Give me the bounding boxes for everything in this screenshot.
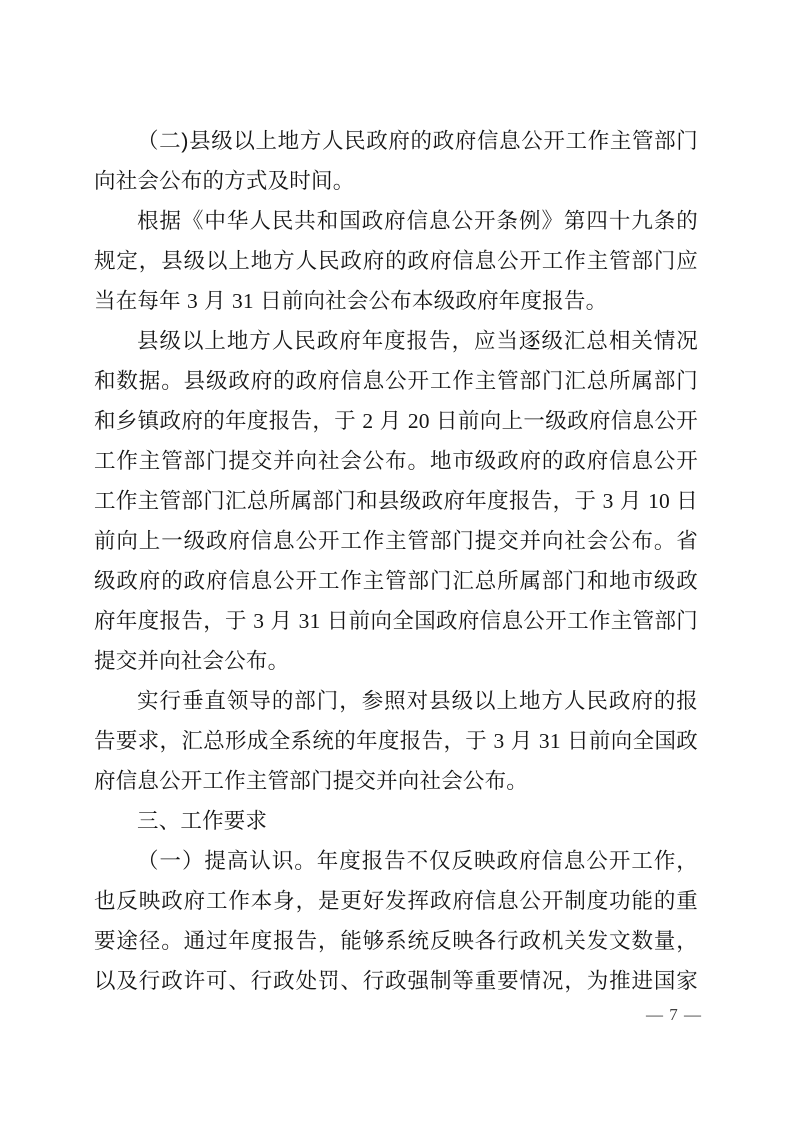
paragraph: 根据《中华人民共和国政府信息公开条例》第四十九条的 规定，县级以上地方人民政府的… bbox=[94, 201, 698, 321]
text-line: 要途径。通过年度报告，能够系统反映各行政机关发文数量， bbox=[94, 921, 698, 961]
text-line: 实行垂直领导的部门，参照对县级以上地方人民政府的报 bbox=[94, 681, 698, 721]
text-line: 告要求，汇总形成全系统的年度报告，于 3 月 31 日前向全国政 bbox=[94, 721, 698, 761]
text-line: 级政府的政府信息公开工作主管部门汇总所属部门和地市级政 bbox=[94, 561, 698, 601]
text-line: 府年度报告，于 3 月 31 日前向全国政府信息公开工作主管部门 bbox=[94, 601, 698, 641]
text-line: 府信息公开工作主管部门提交并向社会公布。 bbox=[94, 761, 698, 801]
text-line: 工作主管部门汇总所属部门和县级政府年度报告，于 3 月 10 日 bbox=[94, 481, 698, 521]
section-heading: 三、工作要求 bbox=[94, 801, 698, 841]
scanned-document-page: （二)县级以上地方人民政府的政府信息公开工作主管部门 向社会公布的方式及时间。 … bbox=[0, 0, 793, 1122]
page-number: — 7 — bbox=[646, 1003, 702, 1027]
paragraph: 县级以上地方人民政府年度报告，应当逐级汇总相关情况 和数据。县级政府的政府信息公… bbox=[94, 321, 698, 681]
document-body: （二)县级以上地方人民政府的政府信息公开工作主管部门 向社会公布的方式及时间。 … bbox=[94, 121, 698, 1001]
text-line: 当在每年 3 月 31 日前向社会公布本级政府年度报告。 bbox=[94, 281, 698, 321]
paragraph: （二)县级以上地方人民政府的政府信息公开工作主管部门 向社会公布的方式及时间。 bbox=[94, 121, 698, 201]
text-line: 提交并向社会公布。 bbox=[94, 641, 698, 681]
text-line: 向社会公布的方式及时间。 bbox=[94, 161, 698, 201]
text-line: 工作主管部门提交并向社会公布。地市级政府的政府信息公开 bbox=[94, 441, 698, 481]
text-line: 前向上一级政府信息公开工作主管部门提交并向社会公布。省 bbox=[94, 521, 698, 561]
text-line: 以及行政许可、行政处罚、行政强制等重要情况，为推进国家 bbox=[94, 961, 698, 1001]
text-line: 和数据。县级政府的政府信息公开工作主管部门汇总所属部门 bbox=[94, 361, 698, 401]
text-line: 规定，县级以上地方人民政府的政府信息公开工作主管部门应 bbox=[94, 241, 698, 281]
text-line: 也反映政府工作本身，是更好发挥政府信息公开制度功能的重 bbox=[94, 881, 698, 921]
paragraph: （一）提高认识。年度报告不仅反映政府信息公开工作， 也反映政府工作本身，是更好发… bbox=[94, 841, 698, 1001]
paragraph: 实行垂直领导的部门，参照对县级以上地方人民政府的报 告要求，汇总形成全系统的年度… bbox=[94, 681, 698, 801]
text-line: 和乡镇政府的年度报告，于 2 月 20 日前向上一级政府信息公开 bbox=[94, 401, 698, 441]
text-line: 县级以上地方人民政府年度报告，应当逐级汇总相关情况 bbox=[94, 321, 698, 361]
section-heading-text: 三、工作要求 bbox=[94, 801, 698, 841]
text-line: （二)县级以上地方人民政府的政府信息公开工作主管部门 bbox=[94, 121, 698, 161]
text-line: （一）提高认识。年度报告不仅反映政府信息公开工作， bbox=[94, 841, 698, 881]
text-line: 根据《中华人民共和国政府信息公开条例》第四十九条的 bbox=[94, 201, 698, 241]
